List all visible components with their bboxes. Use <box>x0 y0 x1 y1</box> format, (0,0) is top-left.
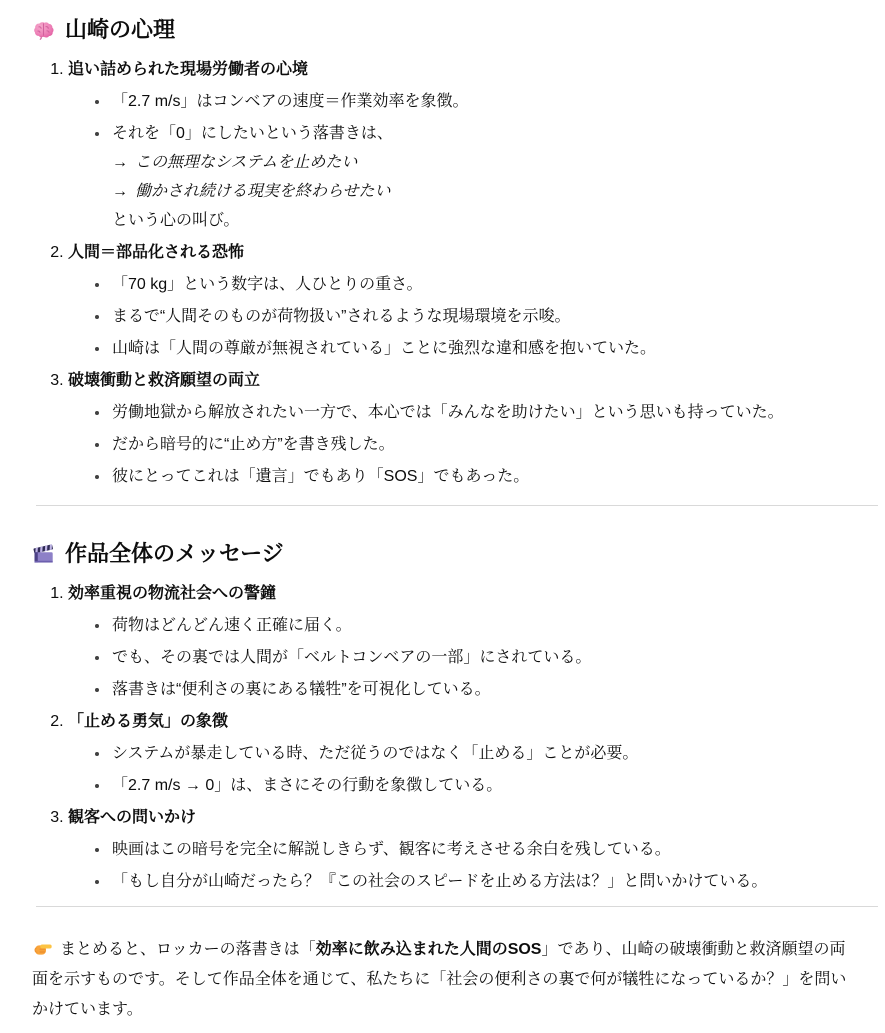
bullet-item: でも、その裏では人間が「ベルトコンベアの一部」にされている。 <box>110 643 853 672</box>
pointing-right-emoji <box>32 937 53 958</box>
bullet-item: まるで“人間そのものが荷物扱い”されるような現場環境を示唆。 <box>110 302 853 331</box>
list-item: 破壊衝動と救済願望の両立 労働地獄から解放されたい一方で、本心では「みんなを助け… <box>68 366 853 491</box>
item-title: 効率重視の物流社会への警鐘 <box>68 585 276 602</box>
clapper-board-emoji <box>32 543 55 566</box>
summary-paragraph: まとめると、ロッカーの落書きは「効率に飲み込まれた人間のSOS」であり、山崎の破… <box>32 935 853 1025</box>
section-heading-text: 山崎の心理 <box>65 15 175 45</box>
bullet-item: 山崎は「人間の尊厳が無視されている」ことに強烈な違和感を抱いていた。 <box>110 334 853 363</box>
summary-lead: まとめると、ロッカーの落書きは「 <box>60 941 316 958</box>
bullet-item: だから暗号的に“止め方”を書き残した。 <box>110 430 853 459</box>
bullet-item: 「もし自分が山崎だったら？『この社会のスピードを止める方法は？」と問いかけている… <box>110 867 853 896</box>
section-divider <box>36 505 878 506</box>
bullet-item: 映画はこの暗号を完全に解説しきらず、観客に考えさせる余白を残している。 <box>110 835 853 864</box>
bullet-item: システムが暴走している時、ただ従うのではなく「止める」ことが必要。 <box>110 739 853 768</box>
item-title: 破壊衝動と救済願望の両立 <box>68 372 260 389</box>
chat-response-body: 山崎の心理 追い詰められた現場労働者の心境 「2.7 m/s」はコンベアの速度＝… <box>0 0 885 1025</box>
message-list: 効率重視の物流社会への警鐘 荷物はどんどん速く正確に届く。 でも、その裏では人間… <box>32 579 853 896</box>
item-title: 人間＝部品化される恐怖 <box>68 244 244 261</box>
list-item: 「止める勇気」の象徴 システムが暴走している時、ただ従うのではなく「止める」こと… <box>68 707 853 800</box>
bullet-item: 「70 kg」という数字は、人ひとりの重さ。 <box>110 270 853 299</box>
bullet-item: 荷物はどんどん速く正確に届く。 <box>110 611 853 640</box>
list-item: 人間＝部品化される恐怖 「70 kg」という数字は、人ひとりの重さ。 まるで“人… <box>68 238 853 363</box>
bullet-item: 「2.7 m/s → 0」は、まさにその行動を象徴している。 <box>110 771 853 800</box>
section-heading-message: 作品全体のメッセージ <box>32 539 853 569</box>
section-heading-text: 作品全体のメッセージ <box>65 539 284 569</box>
item-title: 「止める勇気」の象徴 <box>68 713 228 730</box>
bullet-item: それを「0」にしたいという落書きは、 →この無理なシステムを止めたい →働かされ… <box>110 119 853 235</box>
summary-bold: 効率に飲み込まれた人間のSOS <box>316 941 542 958</box>
bullet-item: 労働地獄から解放されたい一方で、本心では「みんなを助けたい」という思いも持ってい… <box>110 398 853 427</box>
arrow-glyph: → <box>112 183 128 200</box>
section-heading-psychology: 山崎の心理 <box>32 15 853 45</box>
list-item: 観客への問いかけ 映画はこの暗号を完全に解説しきらず、観客に考えさせる余白を残し… <box>68 803 853 896</box>
item-title: 観客への問いかけ <box>68 809 196 826</box>
brain-emoji <box>32 19 55 42</box>
bullet-item: 彼にとってこれは「遺言」でもあり「SOS」でもあった。 <box>110 462 853 491</box>
section-divider <box>36 906 878 907</box>
list-item: 効率重視の物流社会への警鐘 荷物はどんどん速く正確に届く。 でも、その裏では人間… <box>68 579 853 704</box>
psychology-list: 追い詰められた現場労働者の心境 「2.7 m/s」はコンベアの速度＝作業効率を象… <box>32 55 853 491</box>
list-item: 追い詰められた現場労働者の心境 「2.7 m/s」はコンベアの速度＝作業効率を象… <box>68 55 853 235</box>
item-title: 追い詰められた現場労働者の心境 <box>68 61 308 78</box>
arrow-glyph: → <box>112 154 128 171</box>
bullet-item: 落書きは“便利さの裏にある犠牲”を可視化している。 <box>110 675 853 704</box>
bullet-item: 「2.7 m/s」はコンベアの速度＝作業効率を象徴。 <box>110 87 853 116</box>
